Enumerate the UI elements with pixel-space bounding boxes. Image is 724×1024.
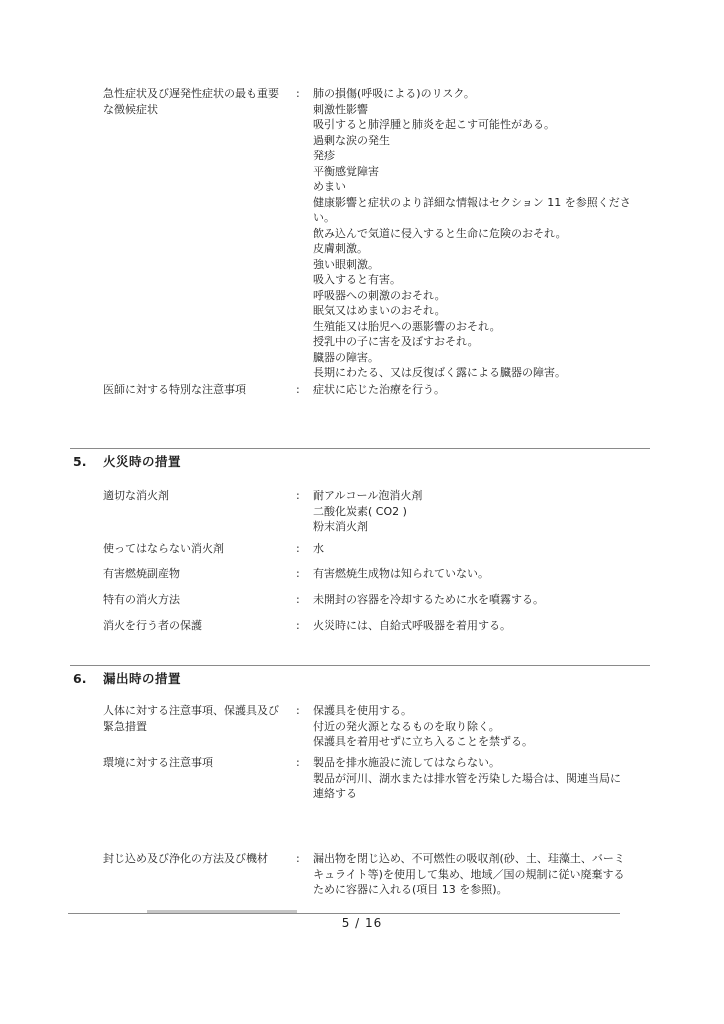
text-line: 粉末消火剤 — [313, 519, 658, 535]
sds-document-page: 急性症状及び遅発性症状の最も重要な徴候症状 : 肺の損傷(呼吸による)のリスク。… — [0, 0, 724, 1024]
field-value: 症状に応じた治療を行う。 — [313, 382, 658, 398]
page-number: 5 / 16 — [0, 916, 724, 932]
field-colon: : — [296, 86, 306, 102]
field-colon: : — [296, 488, 306, 504]
text-line: 長期にわたる、又は反復ばく露による臓器の障害。 — [313, 365, 658, 381]
text-line: 症状に応じた治療を行う。 — [313, 382, 658, 398]
text-line: 強い眼刺激。 — [313, 257, 658, 273]
field-value: 火災時には、自給式呼吸器を着用する。 — [313, 618, 658, 634]
text-line: 消火を行う者の保護 — [103, 618, 293, 634]
text-line: 肺の損傷(呼吸による)のリスク。 — [313, 86, 658, 102]
field-label: 適切な消火剤 — [103, 488, 293, 504]
field-colon: : — [296, 382, 306, 398]
text-line: 耐アルコール泡消火剤 — [313, 488, 658, 504]
text-line: 刺激性影響 — [313, 102, 658, 118]
text-line: 医師に対する特別な注意事項 — [103, 382, 293, 398]
text-line: 水 — [313, 541, 658, 557]
field-value: 保護具を使用する。付近の発火源となるものを取り除く。保護具を着用せずに立ち入るこ… — [313, 703, 658, 750]
footer-rule — [68, 913, 620, 914]
field-colon: : — [296, 592, 306, 608]
field-label: 消火を行う者の保護 — [103, 618, 293, 634]
text-line: 保護具を着用せずに立ち入ることを禁ずる。 — [313, 734, 658, 750]
field-colon: : — [296, 755, 306, 771]
field-label: 人体に対する注意事項、保護具及び緊急措置 — [103, 703, 293, 734]
text-line: 臓器の障害。 — [313, 350, 658, 366]
text-line: 平衡感覚障害 — [313, 164, 658, 180]
text-line: 封じ込め及び浄化の方法及び機材 — [103, 851, 293, 867]
field-value: 耐アルコール泡消火剤二酸化炭素( CO2 )粉末消火剤 — [313, 488, 658, 535]
text-line: な徴候症状 — [103, 102, 293, 118]
field-label: 有害燃焼副産物 — [103, 566, 293, 582]
field-value: 漏出物を閉じ込め、不可燃性の吸収剤(砂、土、珪藻土、バーミキュライト等)を使用し… — [313, 851, 658, 898]
section-title: 漏出時の措置 — [103, 671, 181, 687]
text-line: 生殖能又は胎児への悪影響のおそれ。 — [313, 319, 658, 335]
field-colon: : — [296, 618, 306, 634]
text-line: 適切な消火剤 — [103, 488, 293, 504]
field-value: 肺の損傷(呼吸による)のリスク。刺激性影響吸引すると肺浮腫と肺炎を起こす可能性が… — [313, 86, 658, 381]
text-line: 二酸化炭素( CO2 ) — [313, 504, 658, 520]
field-value: 有害燃焼生成物は知られていない。 — [313, 566, 658, 582]
text-line: 特有の消火方法 — [103, 592, 293, 608]
field-colon: : — [296, 541, 306, 557]
field-colon: : — [296, 566, 306, 582]
footer-rule-highlight — [147, 910, 297, 913]
section-divider-rule — [70, 665, 650, 666]
text-line: 環境に対する注意事項 — [103, 755, 293, 771]
text-line: 吸入すると有害。 — [313, 272, 658, 288]
field-label: 封じ込め及び浄化の方法及び機材 — [103, 851, 293, 867]
field-value: 未開封の容器を冷却するために水を噴霧する。 — [313, 592, 658, 608]
text-line: 健康影響と症状のより詳細な情報はセクション 11 を参照くださ — [313, 195, 658, 211]
text-line: めまい — [313, 179, 658, 195]
text-line: 漏出物を閉じ込め、不可燃性の吸収剤(砂、土、珪藻土、バーミ — [313, 851, 658, 867]
text-line: 火災時には、自給式呼吸器を着用する。 — [313, 618, 658, 634]
field-value: 水 — [313, 541, 658, 557]
field-colon: : — [296, 703, 306, 719]
text-line: 保護具を使用する。 — [313, 703, 658, 719]
field-colon: : — [296, 851, 306, 867]
field-label: 使ってはならない消火剤 — [103, 541, 293, 557]
section-number: 5. — [73, 454, 86, 470]
text-line: 授乳中の子に害を及ぼすおそれ。 — [313, 334, 658, 350]
text-line: 連絡する — [313, 786, 658, 802]
text-line: 飲み込んで気道に侵入すると生命に危険のおそれ。 — [313, 226, 658, 242]
section-number: 6. — [73, 671, 86, 687]
section-divider-rule — [70, 448, 650, 449]
text-line: 製品が河川、湖水または排水管を汚染した場合は、関連当局に — [313, 771, 658, 787]
field-label: 特有の消火方法 — [103, 592, 293, 608]
text-line: 吸引すると肺浮腫と肺炎を起こす可能性がある。 — [313, 117, 658, 133]
text-line: 緊急措置 — [103, 719, 293, 735]
section-title: 火災時の措置 — [103, 454, 181, 470]
text-line: 有害燃焼生成物は知られていない。 — [313, 566, 658, 582]
text-line: 使ってはならない消火剤 — [103, 541, 293, 557]
text-line: 有害燃焼副産物 — [103, 566, 293, 582]
text-line: 皮膚刺激。 — [313, 241, 658, 257]
text-line: 製品を排水施設に流してはならない。 — [313, 755, 658, 771]
text-line: 未開封の容器を冷却するために水を噴霧する。 — [313, 592, 658, 608]
field-label: 環境に対する注意事項 — [103, 755, 293, 771]
text-line: 発疹 — [313, 148, 658, 164]
text-line: 過剰な涙の発生 — [313, 133, 658, 149]
text-line: ために容器に入れる(項目 13 を参照)。 — [313, 882, 658, 898]
text-line: 人体に対する注意事項、保護具及び — [103, 703, 293, 719]
field-label: 急性症状及び遅発性症状の最も重要な徴候症状 — [103, 86, 293, 117]
text-line: キュライト等)を使用して集め、地域／国の規制に従い廃棄する — [313, 867, 658, 883]
text-line: 呼吸器への刺激のおそれ。 — [313, 288, 658, 304]
text-line: い。 — [313, 210, 658, 226]
text-line: 急性症状及び遅発性症状の最も重要 — [103, 86, 293, 102]
text-line: 眠気又はめまいのおそれ。 — [313, 303, 658, 319]
text-line: 付近の発火源となるものを取り除く。 — [313, 719, 658, 735]
field-value: 製品を排水施設に流してはならない。製品が河川、湖水または排水管を汚染した場合は、… — [313, 755, 658, 802]
field-label: 医師に対する特別な注意事項 — [103, 382, 293, 398]
